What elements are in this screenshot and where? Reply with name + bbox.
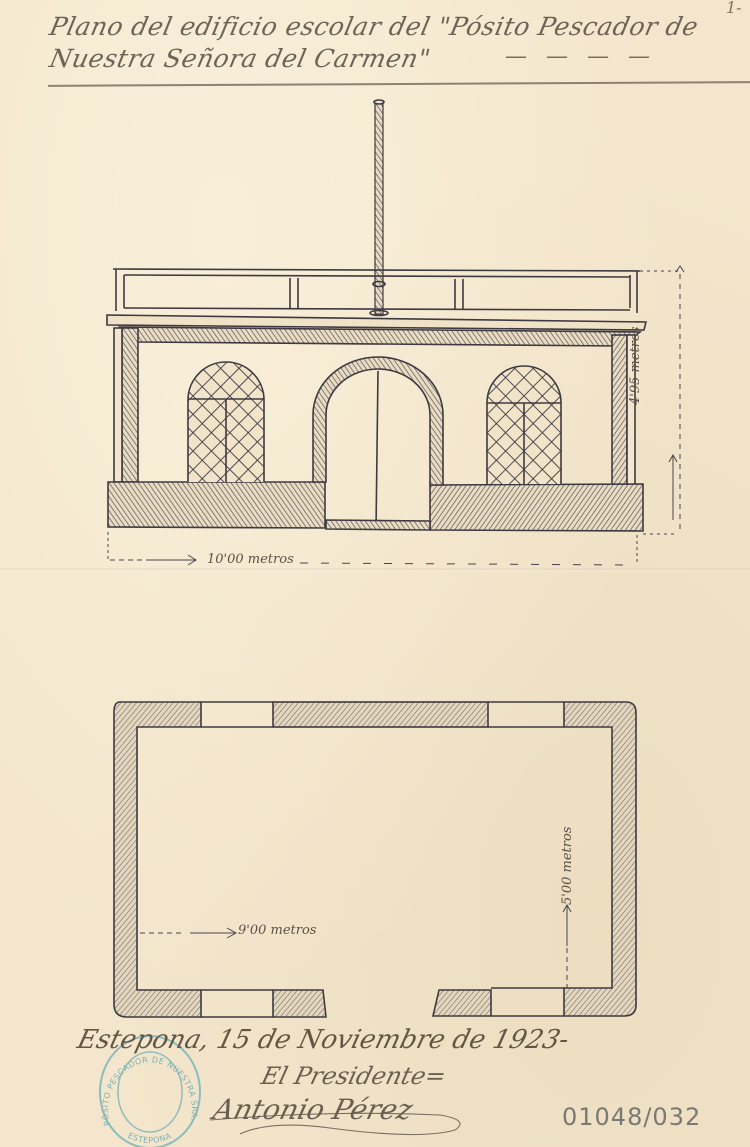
right-window [485,364,565,488]
plan-window-bottom-right [491,988,564,1016]
arched-door [313,357,443,530]
stamp-text-bottom: ESTEPONA [126,1131,172,1145]
architectural-drawings [0,0,750,1147]
left-window [186,360,266,484]
plan-window-top-right [488,702,564,727]
plan-depth-label: 9'00 metros [238,923,316,938]
signatory-role: El Presidente= [259,1062,450,1090]
floor-plan [114,702,636,1017]
svg-text:ESTEPONA: ESTEPONA [126,1131,172,1145]
plinth-right [430,484,643,531]
plan-wall-top-middle [273,702,488,727]
plan-length-label: 5'00 metros [560,827,575,905]
elevation-width-label: 10'00 metros [207,552,294,567]
archive-reference: 01048/032 [562,1103,701,1131]
signatory-name: Antonio Pérez [210,1093,416,1126]
elevation-height-label: 4'95 metros [628,327,643,405]
plan-wall-bottom-right-pier [433,990,491,1016]
right-pilaster [612,335,627,485]
plan-wall-top-left [114,702,201,1017]
place-and-date: Estepona, 15 de Noviembre de 1923- [74,1025,572,1055]
flagpole [370,100,388,316]
left-pilaster [122,328,138,482]
front-elevation [107,100,646,531]
plinth-left [108,482,325,528]
plan-dimensions [140,905,571,988]
plan-window-bottom-left [201,990,273,1017]
plan-wall-bottom-left-pier [273,990,326,1017]
plan-window-top-left [201,702,273,727]
